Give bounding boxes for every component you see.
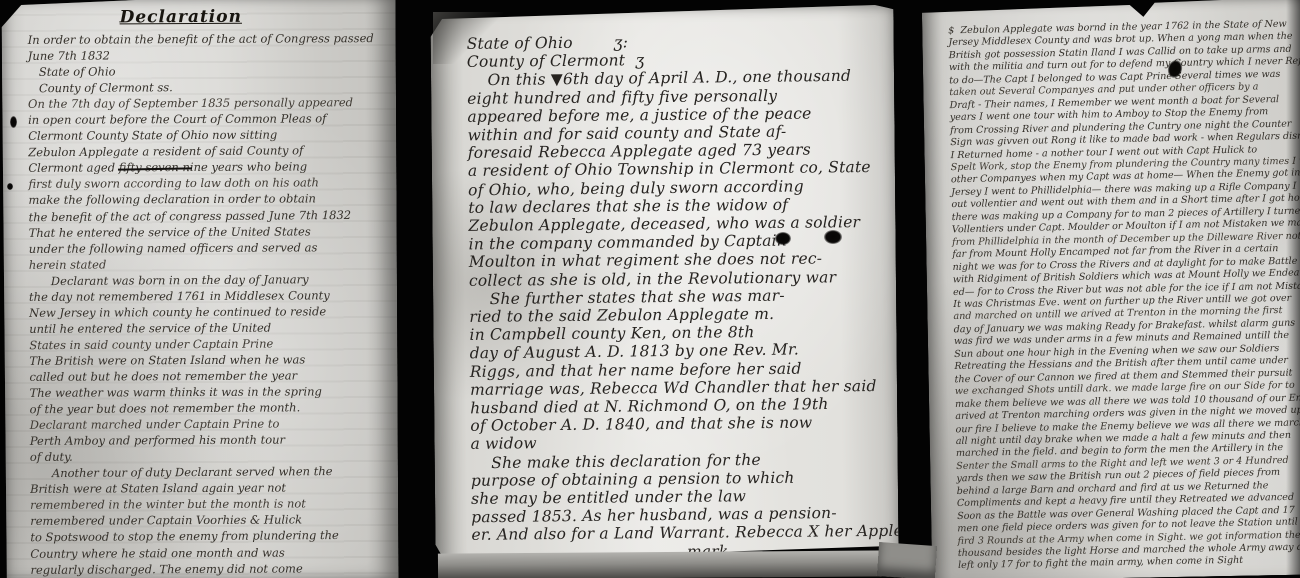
manuscript-line: States in said county under Captain Prin…: [29, 335, 391, 354]
ink-blot: [7, 183, 13, 190]
manuscript-line: On the 7th day of September 1835 persona…: [28, 94, 390, 112]
manuscript-line: make the following declaration in order …: [28, 190, 390, 208]
manuscript-page-right: $ Zebulon Applegate was bornd in the yea…: [922, 0, 1300, 578]
manuscript-line: That he entered the service of the Unite…: [29, 223, 391, 241]
manuscript-line: In order to obtain the benefit of the ac…: [28, 30, 390, 48]
under-sheet-edge: [438, 550, 890, 578]
manuscript-line: first duly sworn according to law doth o…: [28, 174, 390, 192]
page-left-text: In order to obtain the benefit of the ac…: [2, 28, 399, 578]
manuscript-line: herein stated: [29, 255, 391, 273]
page-middle-text: State of Ohio ʒ:County of Clermont ʒ On …: [430, 5, 898, 561]
manuscript-line: called out but he does not remember the …: [29, 367, 391, 385]
fold-shadow: [433, 12, 503, 64]
manuscript-line: County of Clermont ss.: [28, 78, 390, 97]
manuscript-line: the day not remembered 1761 in Middlesex…: [29, 287, 391, 305]
manuscript-line: Clermont aged fifty seven nine years who…: [28, 158, 390, 176]
ink-blot: [824, 230, 842, 244]
manuscript-line: Zebulon Applegate a resident of said Cou…: [28, 142, 390, 161]
scanned-documents-canvas: Declaration In order to obtain the benef…: [0, 0, 1300, 578]
page-right-text: $ Zebulon Applegate was bornd in the yea…: [922, 0, 1300, 573]
manuscript-line: The British were on Staten Island when h…: [29, 351, 391, 369]
manuscript-line: Declarant was born in on the day of Janu…: [29, 270, 391, 289]
right-edge-shadow: [1286, 0, 1300, 578]
ink-blot: [10, 116, 17, 128]
manuscript-page-middle: State of Ohio ʒ:County of Clermont ʒ On …: [430, 5, 898, 561]
manuscript-line: Another tour of duty Declarant served wh…: [30, 463, 392, 482]
manuscript-line: Declarant marched under Captain Prine to: [30, 415, 392, 433]
manuscript-line: June 7th 1832: [28, 46, 390, 64]
manuscript-line: to Spotswood to stop the enemy from plun…: [30, 527, 392, 546]
manuscript-line: regularly discharged. The enemy did not …: [30, 560, 392, 578]
manuscript-line: under the following named officers and s…: [29, 239, 391, 257]
manuscript-page-left: Declaration In order to obtain the benef…: [1, 0, 398, 578]
manuscript-line: the benefit of the act of congress passe…: [29, 206, 391, 225]
ink-blot: [775, 232, 791, 245]
manuscript-line: British were at Staten Island again year…: [30, 479, 392, 497]
manuscript-line: Perth Amboy and performed his month tour: [30, 431, 392, 449]
manuscript-line: Country where he staid one month and was: [30, 543, 392, 561]
page-title: Declaration: [120, 6, 396, 27]
manuscript-line: in open court before the Court of Common…: [28, 110, 390, 128]
manuscript-line: of the year but does not remember the mo…: [30, 399, 392, 418]
under-sheet-corner: [877, 542, 937, 578]
manuscript-line: remembered in the winter but the month i…: [30, 495, 392, 513]
manuscript-line: New Jersey in which county he continued …: [29, 303, 391, 321]
